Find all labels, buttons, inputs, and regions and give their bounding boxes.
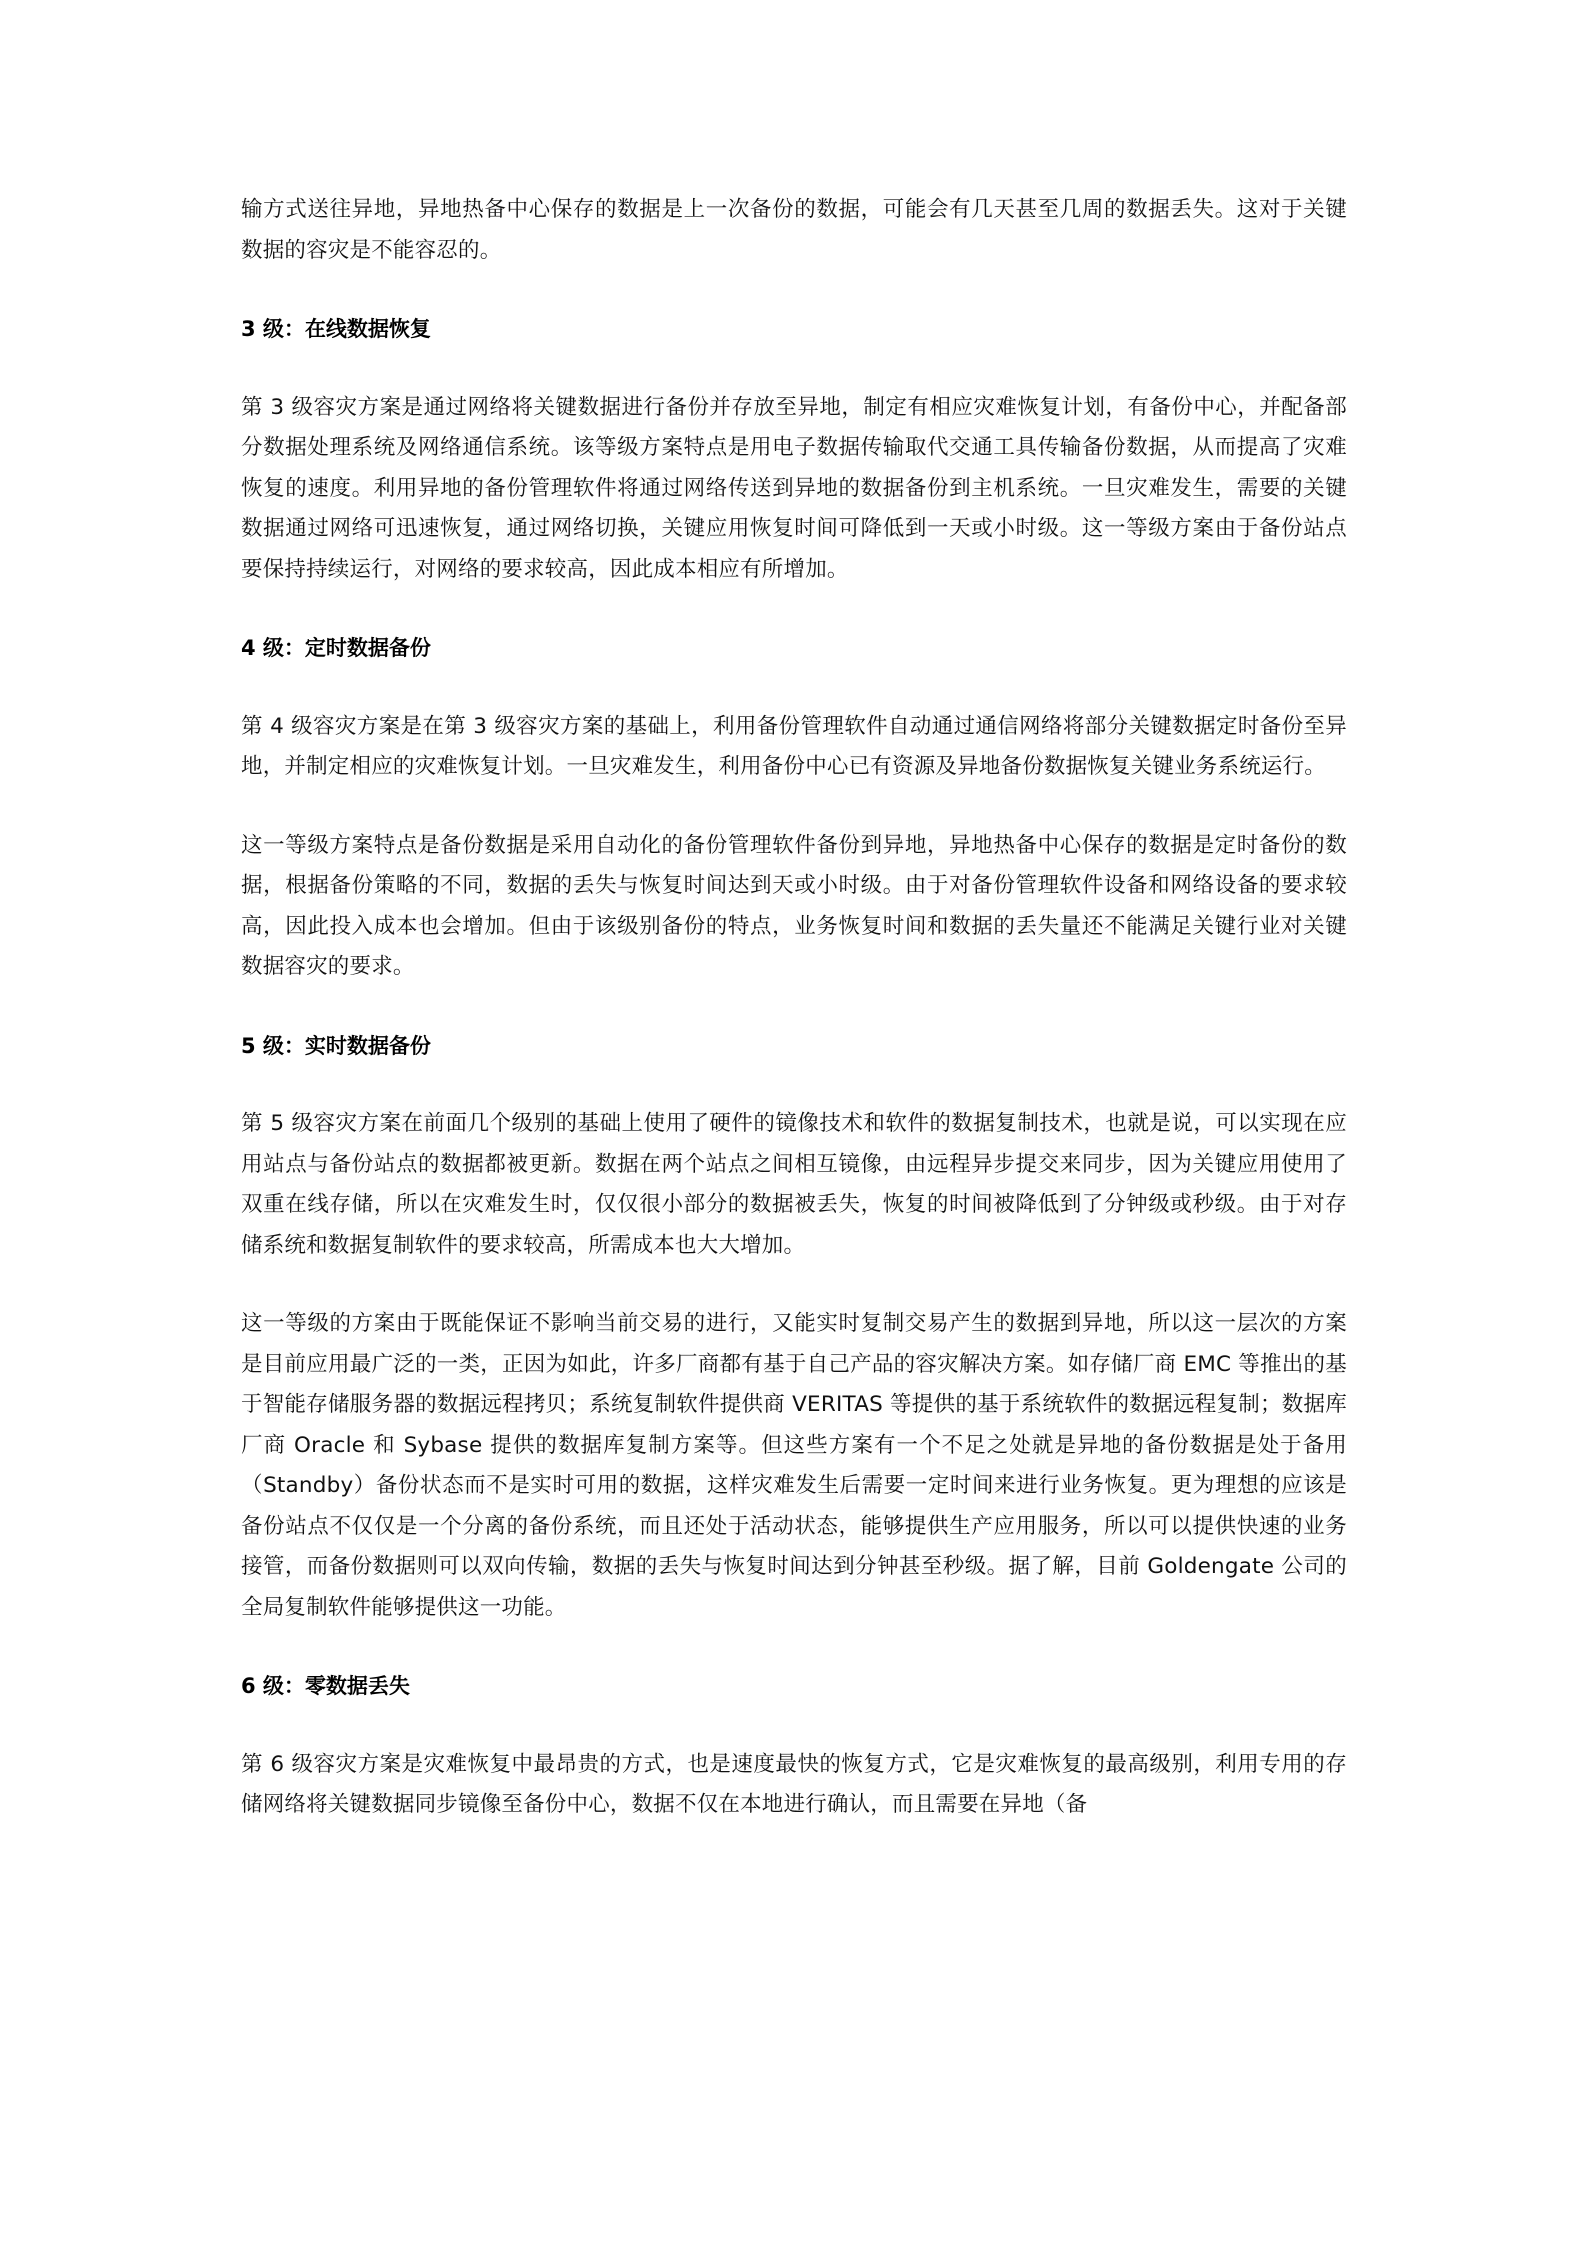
section-paragraph: 第 3 级容灾方案是通过网络将关键数据进行备份并存放至异地，制定有相应灾难恢复计… xyxy=(241,388,1347,591)
section-paragraph: 第 4 级容灾方案是在第 3 级容灾方案的基础上，利用备份管理软件自动通过通信网… xyxy=(241,707,1347,788)
section-level-6: 6 级：零数据丢失 第 6 级容灾方案是灾难恢复中最昂贵的方式，也是速度最快的恢… xyxy=(241,1666,1347,1826)
section-paragraph: 第 5 级容灾方案在前面几个级别的基础上使用了硬件的镜像技术和软件的数据复制技术… xyxy=(241,1104,1347,1266)
section-heading: 3 级：在线数据恢复 xyxy=(241,309,1347,350)
section-paragraph: 这一等级方案特点是备份数据是采用自动化的备份管理软件备份到异地，异地热备中心保存… xyxy=(241,826,1347,988)
section-heading: 4 级：定时数据备份 xyxy=(241,628,1347,669)
section-level-5: 5 级：实时数据备份 第 5 级容灾方案在前面几个级别的基础上使用了硬件的镜像技… xyxy=(241,1026,1347,1629)
intro-paragraph: 输方式送往异地，异地热备中心保存的数据是上一次备份的数据，可能会有几天甚至几周的… xyxy=(241,190,1347,271)
section-level-4: 4 级：定时数据备份 第 4 级容灾方案是在第 3 级容灾方案的基础上，利用备份… xyxy=(241,628,1347,988)
section-heading: 5 级：实时数据备份 xyxy=(241,1026,1347,1067)
section-paragraph: 第 6 级容灾方案是灾难恢复中最昂贵的方式，也是速度最快的恢复方式，它是灾难恢复… xyxy=(241,1745,1347,1826)
section-paragraph: 这一等级的方案由于既能保证不影响当前交易的进行，又能实时复制交易产生的数据到异地… xyxy=(241,1304,1347,1628)
section-heading: 6 级：零数据丢失 xyxy=(241,1666,1347,1707)
document-page: 输方式送往异地，异地热备中心保存的数据是上一次备份的数据，可能会有几天甚至几周的… xyxy=(241,190,1347,1826)
section-level-3: 3 级：在线数据恢复 第 3 级容灾方案是通过网络将关键数据进行备份并存放至异地… xyxy=(241,309,1347,590)
